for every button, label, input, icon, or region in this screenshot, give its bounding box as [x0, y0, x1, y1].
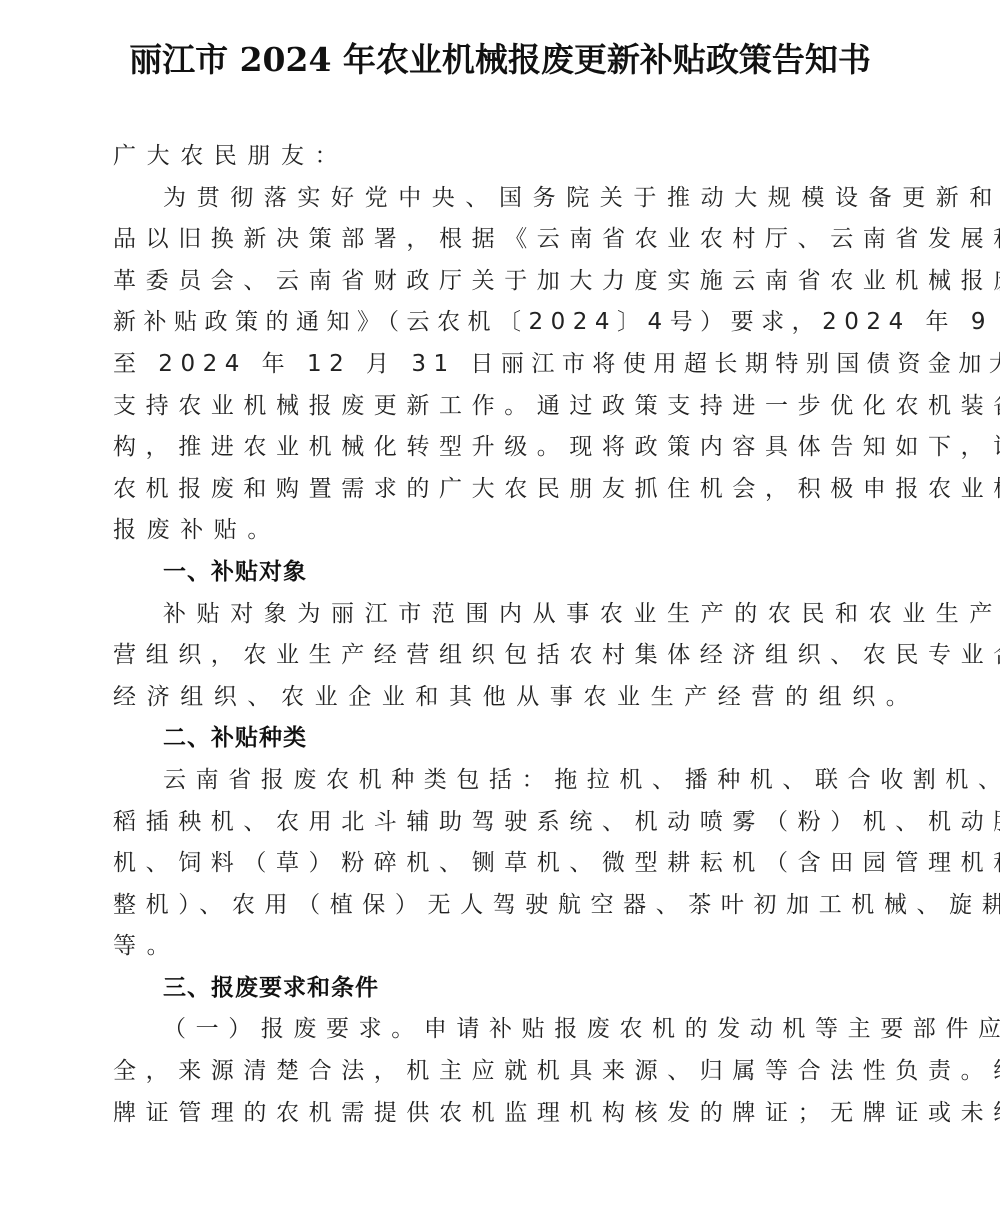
section-heading: 二、补贴种类 [113, 718, 893, 760]
paragraph-line: 补贴对象为丽江市范围内从事农业生产的农民和农业生产经 [113, 594, 893, 636]
paragraph-line: 全，来源清楚合法，机主应就机具来源、归属等合法性负责。纳入 [113, 1051, 893, 1093]
paragraph-line: 报废补贴。 [113, 510, 893, 552]
paragraph-line: 革委员会、云南省财政厅关于加大力度实施云南省农业机械报废更 [113, 261, 893, 303]
section-heading: 一、补贴对象 [113, 552, 893, 594]
section-subsidy-target: 一、补贴对象 补贴对象为丽江市范围内从事农业生产的农民和农业生产经 营组织，农业… [113, 552, 893, 718]
paragraph-line: 新补贴政策的通知》（云农机〔2024〕4号）要求，2024 年 9 月 10 [113, 302, 893, 344]
document-title: 丽江市 2024 年农业机械报废更新补贴政策告知书 [0, 34, 1000, 81]
paragraph-line: 支持农业机械报废更新工作。通过政策支持进一步优化农机装备结 [113, 386, 893, 428]
paragraph-line: 构，推进农业机械化转型升级。现将政策内容具体告知如下，请有 [113, 427, 893, 469]
paragraph-line: 至 2024 年 12 月 31 日丽江市将使用超长期特别国债资金加大力度 [113, 344, 893, 386]
paragraph-line: 云南省报废农机种类包括：拖拉机、播种机、联合收割机、水 [113, 760, 893, 802]
section-scrap-requirements: 三、报废要求和条件 （一）报废要求。申请补贴报废农机的发动机等主要部件应齐 全，… [113, 968, 893, 1134]
paragraph-line: 农机报废和购置需求的广大农民朋友抓住机会，积极申报农业机械 [113, 469, 893, 511]
paragraph-line: 等。 [113, 926, 893, 968]
paragraph-line: 牌证管理的农机需提供农机监理机构核发的牌证；无牌证或未纳入 [113, 1093, 893, 1135]
paragraph-line: 整机）、农用（植保）无人驾驶航空器、茶叶初加工机械、旋耕机 [113, 885, 893, 927]
paragraph-line: 机、饲料（草）粉碎机、铡草机、微型耕耘机（含田园管理机和耕 [113, 843, 893, 885]
intro-paragraph: 为贯彻落实好党中央、国务院关于推动大规模设备更新和消费 品以旧换新决策部署，根据… [113, 178, 893, 552]
paragraph-line: 为贯彻落实好党中央、国务院关于推动大规模设备更新和消费 [113, 178, 893, 220]
paragraph-line: （一）报废要求。申请补贴报废农机的发动机等主要部件应齐 [113, 1009, 893, 1051]
paragraph-line: 品以旧换新决策部署，根据《云南省农业农村厅、云南省发展和改 [113, 219, 893, 261]
salutation: 广大农民朋友： [113, 136, 893, 178]
paragraph-line: 营组织，农业生产经营组织包括农村集体经济组织、农民专业合作 [113, 635, 893, 677]
document-body: 广大农民朋友： 为贯彻落实好党中央、国务院关于推动大规模设备更新和消费 品以旧换… [113, 136, 893, 1134]
paragraph-line: 经济组织、农业企业和其他从事农业生产经营的组织。 [113, 677, 893, 719]
paragraph-line: 稻插秧机、农用北斗辅助驾驶系统、机动喷雾（粉）机、机动脱粒 [113, 802, 893, 844]
section-heading: 三、报废要求和条件 [113, 968, 893, 1010]
section-subsidy-types: 二、补贴种类 云南省报废农机种类包括：拖拉机、播种机、联合收割机、水 稻插秧机、… [113, 718, 893, 968]
